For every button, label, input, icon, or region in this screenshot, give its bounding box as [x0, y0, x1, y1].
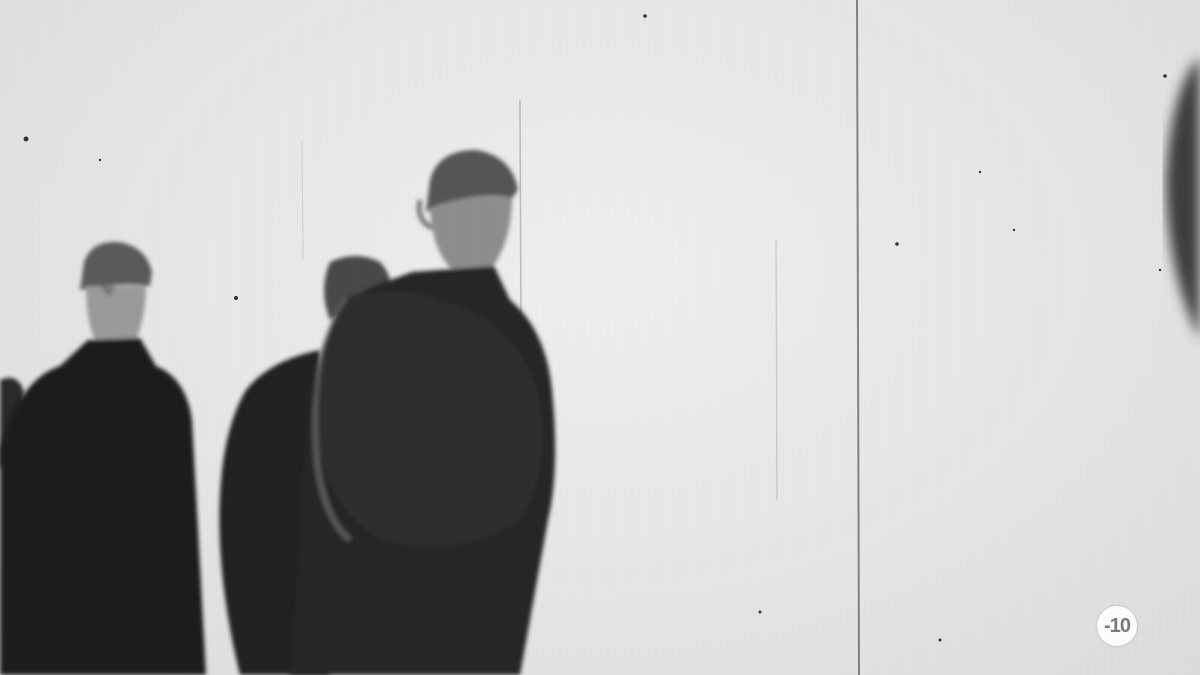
soldier-left	[0, 242, 206, 675]
age-rating-label: -10	[1104, 615, 1130, 638]
film-scene	[0, 0, 1200, 675]
video-frame: -10	[0, 0, 1200, 675]
soldier-center	[290, 150, 555, 675]
age-rating-icon: -10	[1097, 606, 1137, 646]
figure-edge-right	[1166, 56, 1200, 340]
